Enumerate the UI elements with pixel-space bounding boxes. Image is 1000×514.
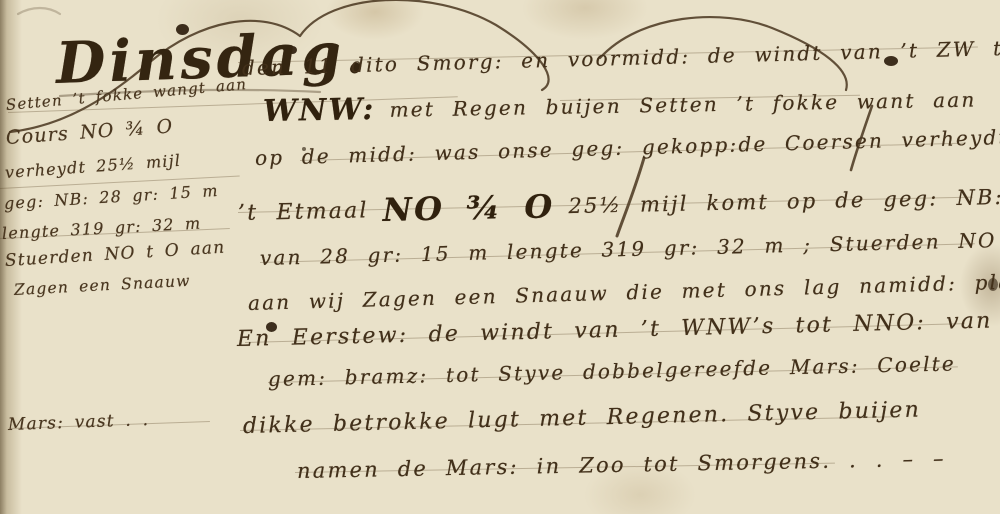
margin-note: Cours NO ¾ O (5, 115, 174, 149)
margin-note: Stuerden NO t O aan (4, 238, 226, 271)
body-line-4-pre: ’t Etmaal (238, 198, 369, 226)
body-line-4-text: 25½ mijl komt op de geg: NB: (568, 185, 1000, 218)
manuscript-page: Setten ’t fokke wangt aan Cours NO ¾ O v… (0, 0, 1000, 514)
course-direction: NO ¾ O (382, 187, 555, 229)
body-line-5: van 28 gr: 15 m lengte 319 gr: 32 m ; St… (260, 226, 1000, 270)
body-line-8: gem: bramz: tot Styve dobbelgereefde Mar… (268, 351, 956, 391)
body-line-7: En Eerstew: de windt van ’t WNW’s tot NN… (237, 309, 993, 352)
margin-note: Zagen een Snaauw (14, 272, 192, 299)
flourish-pencil-mark (18, 8, 60, 14)
body-line-10: namen de Mars: in Zoo tot Smorgens. . . … (297, 447, 946, 483)
body-line-3: op de midd: was onse geg: gekopp:de Coer… (255, 123, 1000, 170)
body-line-4: ’t Etmaal NO ¾ O 25½ mijl komt op de geg… (238, 178, 1000, 232)
margin-note: verheydt 25½ mijl (4, 151, 181, 182)
body-line-6: aan wij Zagen een Snaauw die met ons lag… (248, 269, 1000, 315)
body-line-9: dikke betrokke lugt met Regenen. Styve b… (243, 397, 922, 439)
margin-note: Mars: vast . . (8, 410, 150, 435)
wind-direction: WNW: (263, 92, 376, 129)
margin-note: lengte 319 gr: 32 m (2, 214, 202, 243)
body-line-2: WNW: met Regen buijen Setten ’t fokke wa… (263, 82, 977, 129)
body-line-2-text: met Regen buijen Setten ’t fokke want aa… (389, 87, 976, 121)
